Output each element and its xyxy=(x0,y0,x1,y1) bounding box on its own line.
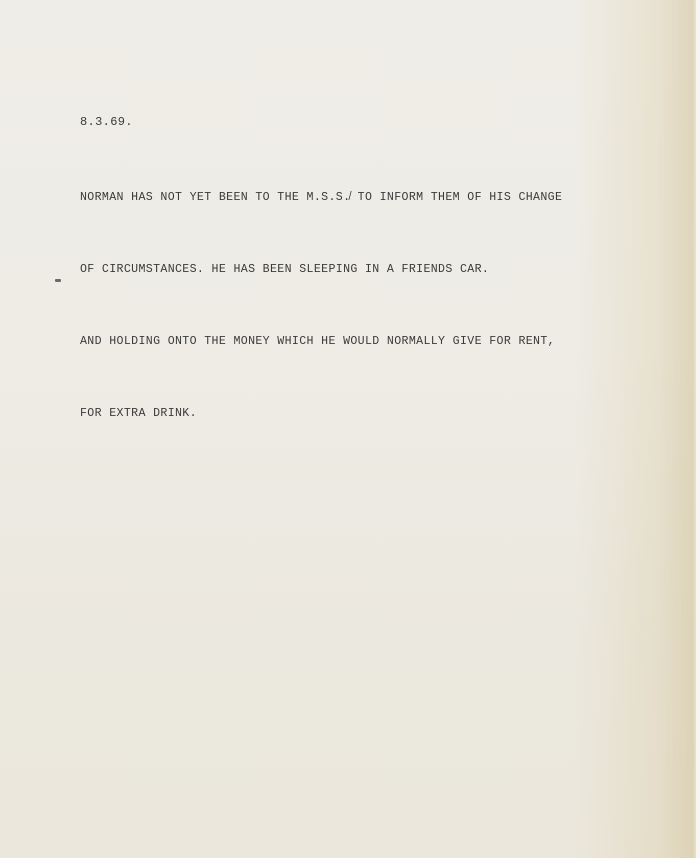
ink-mark xyxy=(55,279,61,282)
typewritten-text: 8.3.69. NORMAN HAS NOT YET BEEN TO THE M… xyxy=(80,62,562,474)
document-date: 8.3.69. xyxy=(80,110,562,134)
text-line-3: AND HOLDING ONTO THE MONEY WHICH HE WOUL… xyxy=(80,330,562,354)
text-line-1: NORMAN HAS NOT YET BEEN TO THE M.S.S.̸ T… xyxy=(80,186,562,210)
document-page: 8.3.69. NORMAN HAS NOT YET BEEN TO THE M… xyxy=(0,0,700,858)
text-line-2: OF CIRCUMSTANCES. HE HAS BEEN SLEEPING I… xyxy=(80,258,562,282)
text-line-4: FOR EXTRA DRINK. xyxy=(80,402,562,426)
